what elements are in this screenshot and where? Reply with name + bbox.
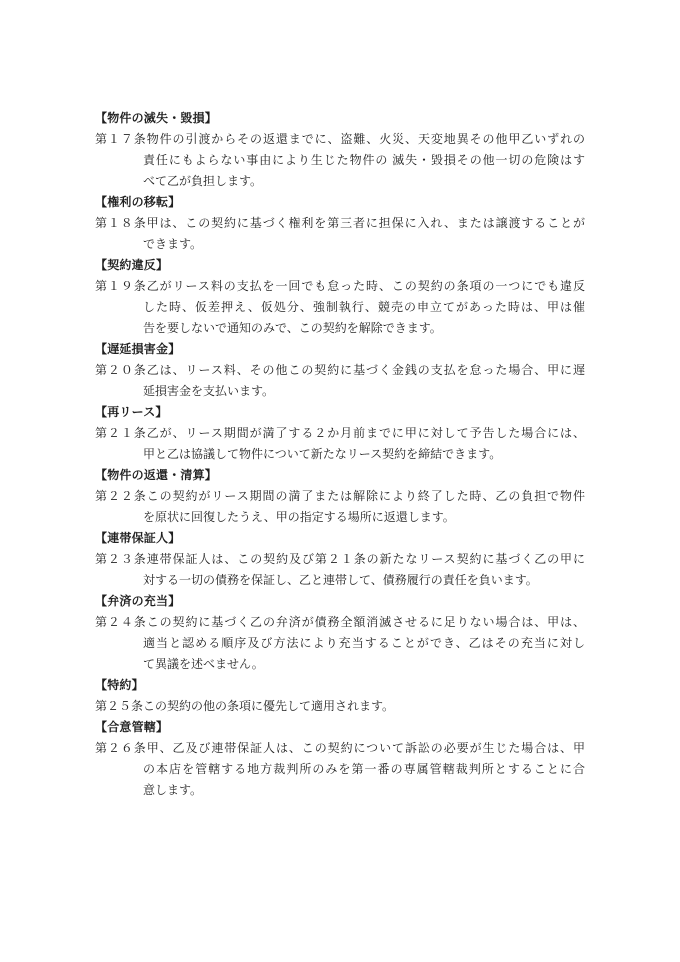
article-paragraph: 第２６条甲、乙及び連帯保証人は、この契約について訴訟の必要が生じた場合は、甲の本… <box>95 738 585 801</box>
article-first-line: 第２１条乙が、リース期間が満了する２か月前までに甲に対して予告した場合には、 <box>95 423 585 444</box>
article-first-line: 第１８条甲は、この契約に基づく権利を第三者に担保に入れ、または譲渡することが <box>95 213 585 234</box>
article-number: 第２４条 <box>95 615 147 629</box>
section-heading: 【物件の滅失・毀損】 <box>95 108 585 129</box>
article-text: 甲は、この契約に基づく権利を第三者に担保に入れ、または譲渡することが <box>147 216 585 230</box>
contract-sections-container: 【物件の滅失・毀損】 第１７条物件の引渡からその返還までに、盗難、火災、天変地異… <box>95 108 585 801</box>
section-heading: 【権利の移転】 <box>95 192 585 213</box>
article-continuation-line: べて乙が負担します。 <box>143 171 585 192</box>
contract-section: 【契約違反】 第１９条乙がリース料の支払を一回でも怠った時、この契約の条項の一つ… <box>95 255 585 339</box>
article-text: 物件の引渡からその返還までに、盗難、火災、天変地異その他甲乙いずれの <box>147 132 585 146</box>
article-continuation-line: 適当と認める順序及び方法により充当することができ、乙はその充当に対し <box>143 633 585 654</box>
contract-section: 【物件の滅失・毀損】 第１７条物件の引渡からその返還までに、盗難、火災、天変地異… <box>95 108 585 192</box>
article-text: 甲、乙及び連帯保証人は、この契約について訴訟の必要が生じた場合は、甲 <box>147 741 585 755</box>
article-continuation-line: て異議を述べません。 <box>143 654 585 675</box>
section-heading: 【特約】 <box>95 675 585 696</box>
article-number: 第１７条 <box>95 132 147 146</box>
section-heading: 【弁済の充当】 <box>95 591 585 612</box>
contract-section: 【物件の返還・清算】 第２２条この契約がリース期間の満了または解除により終了した… <box>95 465 585 528</box>
contract-section: 【再リース】 第２１条乙が、リース期間が満了する２か月前までに甲に対して予告した… <box>95 402 585 465</box>
article-paragraph: 第２３条連帯保証人は、この契約及び第２１条の新たなリース契約に基づく乙の甲に対す… <box>95 549 585 591</box>
article-paragraph: 第１９条乙がリース料の支払を一回でも怠った時、この契約の条項の一つにでも違反した… <box>95 276 585 339</box>
article-continuation-line: の本店を管轄する地方裁判所のみを第一番の専属管轄裁判所とすることに合 <box>143 759 585 780</box>
article-number: 第２６条 <box>95 741 147 755</box>
article-number: 第２１条 <box>95 426 147 440</box>
article-text: この契約がリース期間の満了または解除により終了した時、乙の負担で物件 <box>147 489 585 503</box>
article-continuation-line: した時、仮差押え、仮処分、強制執行、競売の申立てがあった時は、甲は催 <box>143 297 585 318</box>
section-heading: 【遅延損害金】 <box>95 339 585 360</box>
article-number: 第２５条 <box>95 699 143 713</box>
section-heading: 【再リース】 <box>95 402 585 423</box>
article-continuation-line: 延損害金を支払います。 <box>143 381 585 402</box>
article-number: 第２３条 <box>95 552 147 566</box>
article-first-line: 第２２条この契約がリース期間の満了または解除により終了した時、乙の負担で物件 <box>95 486 585 507</box>
article-first-line: 第２６条甲、乙及び連帯保証人は、この契約について訴訟の必要が生じた場合は、甲 <box>95 738 585 759</box>
contract-section: 【権利の移転】 第１８条甲は、この契約に基づく権利を第三者に担保に入れ、または譲… <box>95 192 585 255</box>
article-text: 乙がリース料の支払を一回でも怠った時、この契約の条項の一つにでも違反 <box>147 279 585 293</box>
article-continuation-line: 対する一切の債務を保証し、乙と連帯して、債務履行の責任を負います。 <box>143 570 585 591</box>
article-number: 第１９条 <box>95 279 147 293</box>
article-paragraph: 第１７条物件の引渡からその返還までに、盗難、火災、天変地異その他甲乙いずれの責任… <box>95 129 585 192</box>
contract-section: 【連帯保証人】 第２３条連帯保証人は、この契約及び第２１条の新たなリース契約に基… <box>95 528 585 591</box>
section-heading: 【物件の返還・清算】 <box>95 465 585 486</box>
article-paragraph: 第１８条甲は、この契約に基づく権利を第三者に担保に入れ、または譲渡することができ… <box>95 213 585 255</box>
article-paragraph: 第２５条この契約の他の条項に優先して適用されます。 <box>95 696 585 717</box>
article-text: 連帯保証人は、この契約及び第２１条の新たなリース契約に基づく乙の甲に <box>147 552 585 566</box>
article-first-line: 第２４条この契約に基づく乙の弁済が債務全額消滅させるに足りない場合は、甲は、 <box>95 612 585 633</box>
article-paragraph: 第２４条この契約に基づく乙の弁済が債務全額消滅させるに足りない場合は、甲は、適当… <box>95 612 585 675</box>
article-first-line: 第２３条連帯保証人は、この契約及び第２１条の新たなリース契約に基づく乙の甲に <box>95 549 585 570</box>
section-heading: 【合意管轄】 <box>95 717 585 738</box>
contract-section: 【弁済の充当】 第２４条この契約に基づく乙の弁済が債務全額消滅させるに足りない場… <box>95 591 585 675</box>
contract-section: 【遅延損害金】 第２０条乙は、リース料、その他この契約に基づく金銭の支払を怠った… <box>95 339 585 402</box>
article-text: この契約の他の条項に優先して適用されます。 <box>143 699 394 713</box>
contract-section: 【特約】 第２５条この契約の他の条項に優先して適用されます。 <box>95 675 585 717</box>
article-number: 第２２条 <box>95 489 147 503</box>
article-paragraph: 第２１条乙が、リース期間が満了する２か月前までに甲に対して予告した場合には、甲と… <box>95 423 585 465</box>
section-heading: 【契約違反】 <box>95 255 585 276</box>
article-number: 第１８条 <box>95 216 147 230</box>
contract-section: 【合意管轄】 第２６条甲、乙及び連帯保証人は、この契約について訴訟の必要が生じた… <box>95 717 585 801</box>
article-continuation-line: 甲と乙は協議して物件について新たなリース契約を締結できます。 <box>143 444 585 465</box>
article-paragraph: 第２２条この契約がリース期間の満了または解除により終了した時、乙の負担で物件を原… <box>95 486 585 528</box>
article-first-line: 第１９条乙がリース料の支払を一回でも怠った時、この契約の条項の一つにでも違反 <box>95 276 585 297</box>
article-text: 乙が、リース期間が満了する２か月前までに甲に対して予告した場合には、 <box>147 426 585 440</box>
article-text: 乙は、リース料、その他この契約に基づく金銭の支払を怠った場合、甲に遅 <box>147 363 585 377</box>
article-continuation-line: できます。 <box>143 234 585 255</box>
article-first-line: 第１７条物件の引渡からその返還までに、盗難、火災、天変地異その他甲乙いずれの <box>95 129 585 150</box>
article-continuation-line: 告を要しないで通知のみで、この契約を解除できます。 <box>143 318 585 339</box>
article-paragraph: 第２０条乙は、リース料、その他この契約に基づく金銭の支払を怠った場合、甲に遅延損… <box>95 360 585 402</box>
article-text: この契約に基づく乙の弁済が債務全額消滅させるに足りない場合は、甲は、 <box>147 615 585 629</box>
article-first-line: 第２０条乙は、リース料、その他この契約に基づく金銭の支払を怠った場合、甲に遅 <box>95 360 585 381</box>
article-first-line: 第２５条この契約の他の条項に優先して適用されます。 <box>95 696 585 717</box>
article-continuation-line: 意します。 <box>143 780 585 801</box>
section-heading: 【連帯保証人】 <box>95 528 585 549</box>
article-continuation-line: 責任にもよらない事由により生じた物件の 滅失・毀損その他一切の危険はす <box>143 150 585 171</box>
article-number: 第２０条 <box>95 363 147 377</box>
contract-document-page: 【物件の滅失・毀損】 第１７条物件の引渡からその返還までに、盗難、火災、天変地異… <box>0 0 680 962</box>
article-continuation-line: を原状に回復したうえ、甲の指定する場所に返還します。 <box>143 507 585 528</box>
